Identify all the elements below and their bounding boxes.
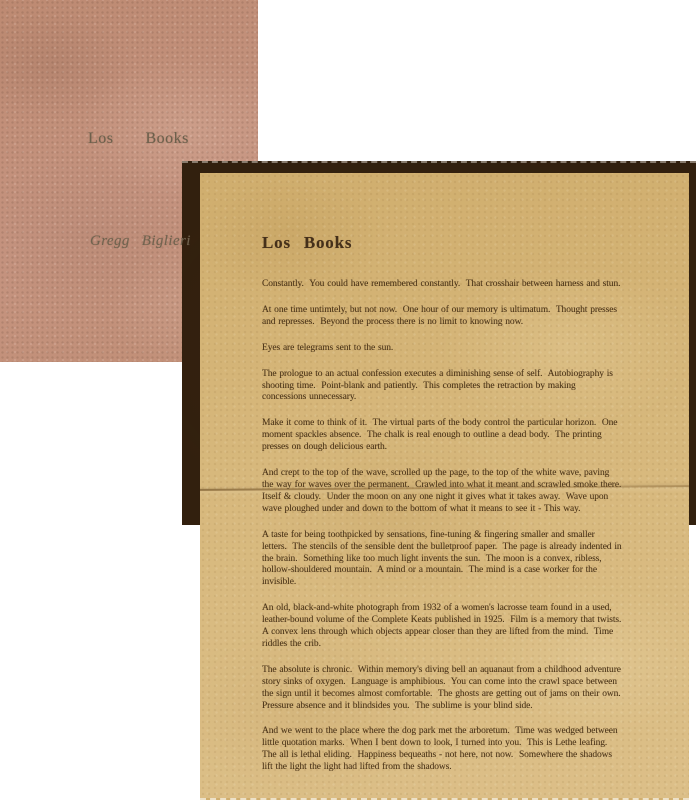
page-title-word: Los [262, 233, 291, 253]
body-paragraph: A taste for being toothpicked by sensati… [262, 530, 622, 590]
body-paragraph: And crept to the top of the wave, scroll… [262, 468, 622, 516]
cover-author-word: Gregg [90, 233, 130, 250]
page-title: Los Books [262, 233, 621, 253]
body-paragraph: At one time untimtely, but not now. One … [262, 305, 622, 329]
page-title-word: Books [304, 233, 352, 253]
text-page: Los Books Constantly. You could have rem… [200, 173, 689, 800]
body-text: Constantly. You could have remembered co… [262, 279, 621, 774]
body-paragraph: The absolute is chronic. Within memory's… [262, 665, 622, 713]
cover-author: Gregg Biglieri [90, 233, 191, 250]
cover-author-word: Biglieri [142, 233, 191, 250]
scanned-document: Los Books Gregg Biglieri Los Books Const… [0, 0, 696, 800]
body-paragraph: Eyes are telegrams sent to the sun. [262, 343, 622, 355]
body-paragraph: Make it come to think of it. The virtual… [262, 418, 622, 454]
body-paragraph: Constantly. You could have remembered co… [262, 279, 622, 291]
cover-title-word: Books [146, 130, 189, 148]
cover-title-word: Los [88, 130, 114, 148]
cover-title: Los Books [88, 130, 189, 148]
body-paragraph: An old, black-and-white photograph from … [262, 603, 622, 651]
body-paragraph: The prologue to an actual confession exe… [262, 369, 622, 405]
page-content: Los Books Constantly. You could have rem… [200, 173, 689, 774]
body-paragraph: And we went to the place where the dog p… [262, 726, 622, 774]
